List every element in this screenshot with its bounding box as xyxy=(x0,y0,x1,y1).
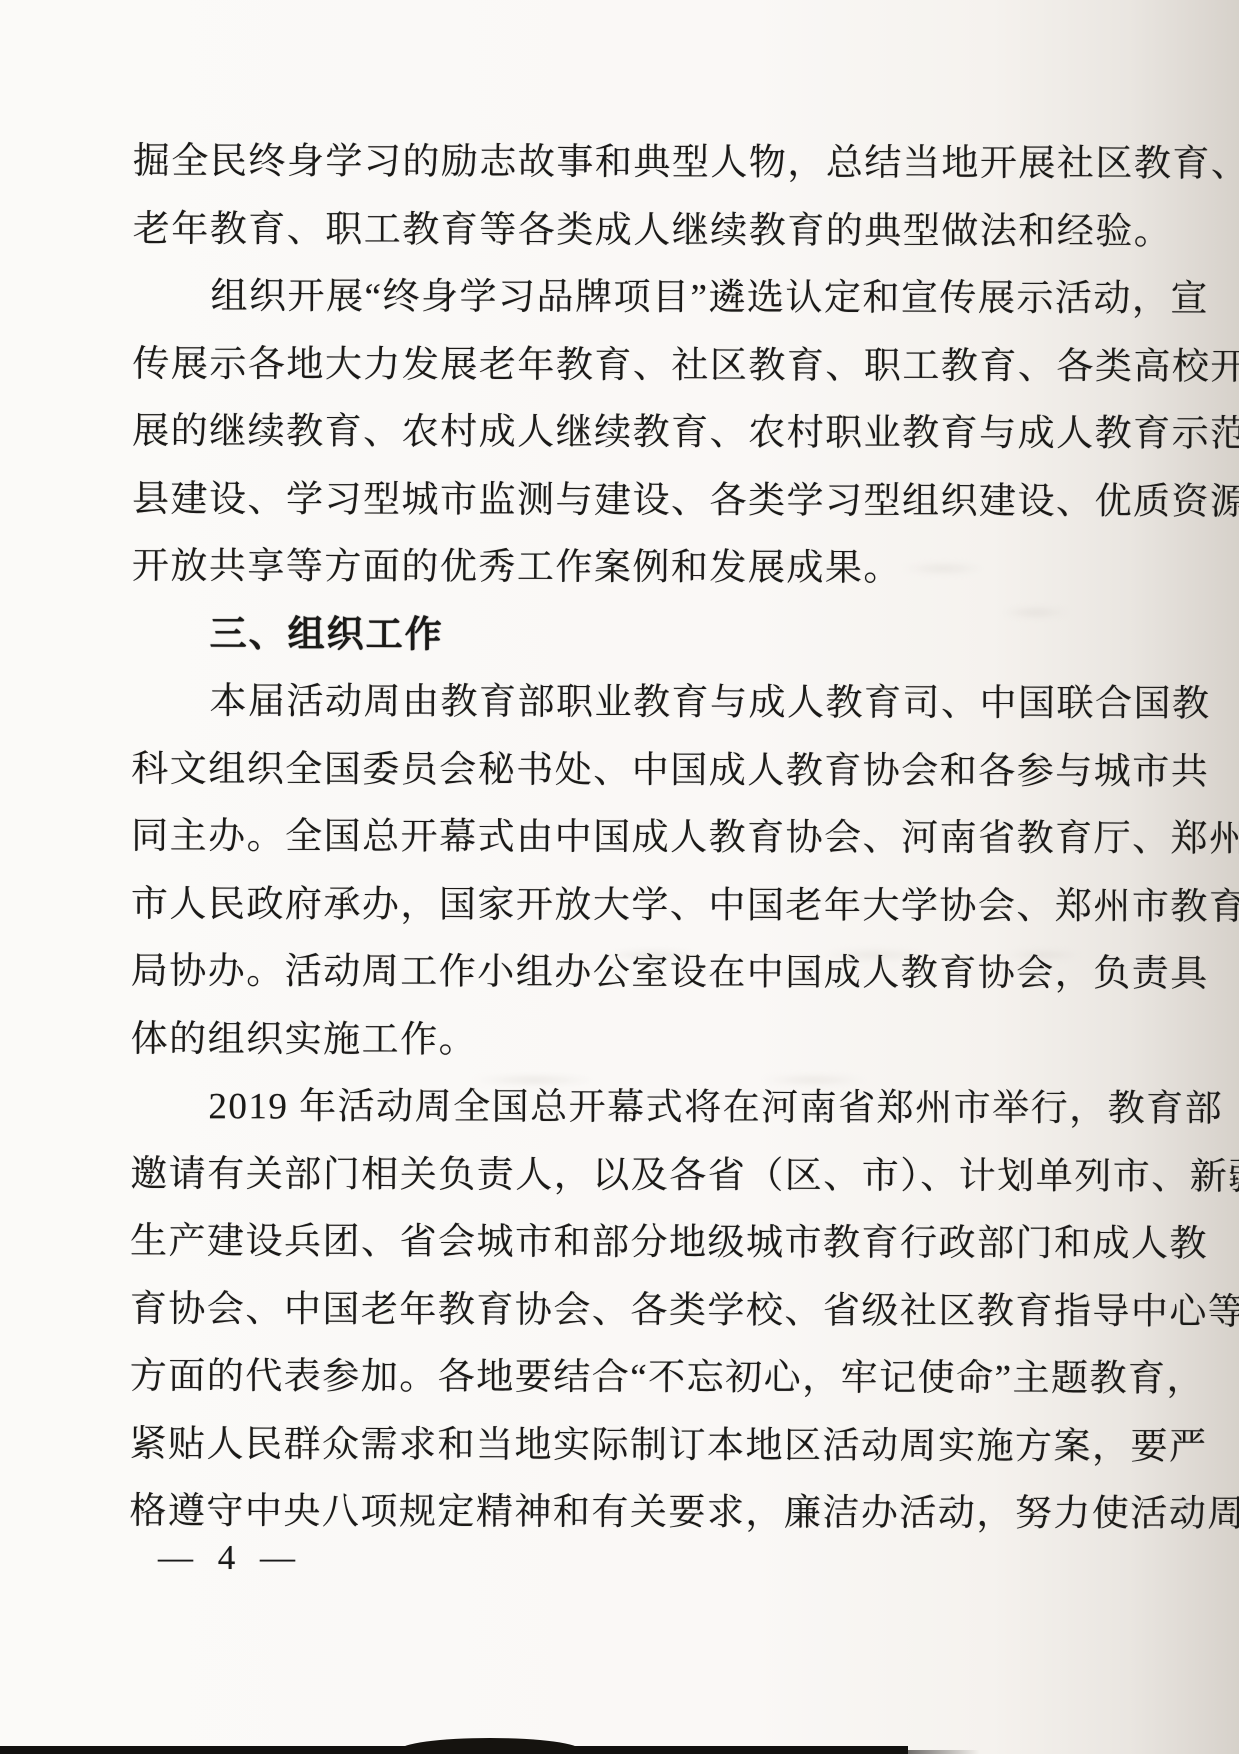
scanner-edge-artifact xyxy=(400,1738,580,1750)
document-body-text: 掘全民终身学习的励志故事和典型人物，总结当地开展社区教育、 老年教育、职工教育等… xyxy=(129,128,1119,1548)
body-line: 科文组织全国委员会秘书处、中国成人教育协会和各参与城市共 xyxy=(131,735,1117,805)
body-line: 生产建设兵团、省会城市和部分地级城市教育行政部门和成人教 xyxy=(130,1208,1116,1278)
section-heading: 三、组织工作 xyxy=(132,600,1118,670)
scanned-document-page: 掘全民终身学习的励志故事和典型人物，总结当地开展社区教育、 老年教育、职工教育等… xyxy=(0,0,1239,1754)
body-line: 紧贴人民群众需求和当地实际制订本地区活动周实施方案，要严 xyxy=(129,1410,1115,1480)
body-line: 本届活动周由教育部职业教育与成人教育司、中国联合国教 xyxy=(131,668,1117,738)
body-line: 局协办。活动周工作小组办公室设在中国成人教育协会，负责具 xyxy=(131,938,1117,1008)
body-line: 开放共享等方面的优秀工作案例和发展成果。 xyxy=(132,533,1118,603)
body-line: 老年教育、职工教育等各类成人继续教育的典型做法和经验。 xyxy=(133,195,1119,265)
body-line: 邀请有关部门相关负责人，以及各省（区、市）、计划单列市、新疆 xyxy=(130,1140,1116,1210)
page-number: — 4 — xyxy=(158,1538,303,1578)
body-line: 2019 年活动周全国总开幕式将在河南省郑州市举行，教育部 xyxy=(130,1073,1116,1143)
body-line: 掘全民终身学习的励志故事和典型人物，总结当地开展社区教育、 xyxy=(133,128,1119,198)
body-line: 方面的代表参加。各地要结合“不忘初心，牢记使命”主题教育， xyxy=(130,1343,1116,1413)
body-line: 传展示各地大力发展老年教育、社区教育、职工教育、各类高校开 xyxy=(132,330,1118,400)
body-line: 组织开展“终身学习品牌项目”遴选认定和宣传展示活动，宣 xyxy=(132,263,1118,333)
scanner-edge-artifact xyxy=(860,1750,980,1754)
body-line: 育协会、中国老年教育协会、各类学校、省级社区教育指导中心等 xyxy=(130,1275,1116,1345)
body-line: 展的继续教育、农村成人继续教育、农村职业教育与成人教育示范 xyxy=(132,398,1118,468)
body-line: 市人民政府承办，国家开放大学、中国老年大学协会、郑州市教育 xyxy=(131,870,1117,940)
body-line: 同主办。全国总开幕式由中国成人教育协会、河南省教育厅、郑州 xyxy=(131,803,1117,873)
body-line: 县建设、学习型城市监测与建设、各类学习型组织建设、优质资源 xyxy=(132,465,1118,535)
body-line: 体的组织实施工作。 xyxy=(131,1005,1117,1075)
